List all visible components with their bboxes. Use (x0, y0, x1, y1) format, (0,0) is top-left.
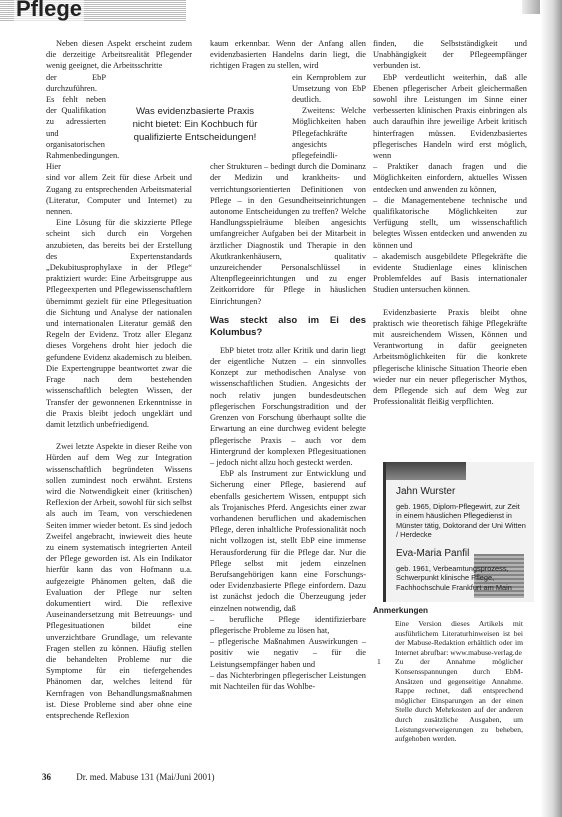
paragraph: Zweitens: Welche Möglichkeiten haben Pfl… (292, 105, 366, 161)
author-bio: geb. 1965, Diplom-Pflegewirt, zur Zeit i… (396, 502, 526, 540)
page-number: 36 (42, 772, 74, 782)
section-title: Pflege (14, 0, 84, 22)
paragraph: Eine Lösung für die skizzierte Pflege sc… (46, 217, 192, 430)
notes-title: Anmerkungen (373, 606, 523, 615)
list-item: – Praktiker danach fragen und die Möglic… (373, 161, 527, 195)
list-item: – berufliche Pflege identifizierbare pfl… (210, 614, 366, 636)
paragraph: EbP bietet trotz aller Kritik und darin … (210, 345, 366, 468)
paragraph: Neben diesen Aspekt erscheint zudem die … (46, 38, 192, 72)
note-number: 1 (377, 657, 381, 667)
paragraph: EbP als Instrument zur Entwicklung und S… (210, 468, 366, 614)
author-bio: geb. 1961, Verbeamtungsprozess, Schwerpu… (396, 564, 526, 592)
paragraph: cher Strukturen – bedingt durch die Domi… (210, 161, 366, 307)
notes-section: Anmerkungen Eine Version dieses Artikels… (373, 606, 523, 744)
note-text: Eine Version dieses Artikels mit ausführ… (395, 619, 523, 657)
note-item: Eine Version dieses Artikels mit ausführ… (373, 619, 523, 657)
paragraph: der EbP durchzuführen. Es fehlt neben de… (46, 72, 106, 173)
list-item: – pflegerische Maßnahmen Auswirkungen – … (210, 636, 366, 670)
page-footer: 36 Dr. med. Mabuse 131 (Mai/Juni 2001) (42, 772, 214, 782)
paragraph: EbP verdeutlicht weiterhin, daß alle Ebe… (373, 72, 527, 162)
note-item: 1 Zu der Annahme möglicher Konsensspannu… (373, 657, 523, 743)
paragraph: kaum erkennbar. Wenn der Anfang allen ev… (210, 38, 366, 72)
paragraph: finden, die Selbstständigkeit und Unabhä… (373, 38, 527, 72)
list-item: – das Nichterbringen pflegerischer Leist… (210, 670, 366, 692)
author-name: Eva-Maria Panfil (396, 548, 469, 559)
float-text-block: ein Kernproblem zur Umsetzung von EbP de… (292, 72, 366, 162)
column-3: finden, die Selbstständigkeit und Unabhä… (373, 38, 527, 408)
list-item: – akademisch ausgebildete Pflegekräfte d… (373, 251, 527, 296)
column-2: kaum erkennbar. Wenn der Anfang allen ev… (210, 38, 366, 692)
author-box: Jahn Wurster geb. 1965, Diplom-Pflegewir… (383, 462, 534, 602)
paragraph: Zwei letzte Aspekte in dieser Reihe von … (46, 441, 192, 721)
publication-info: Dr. med. Mabuse 131 (Mai/Juni 2001) (76, 772, 214, 782)
page-edge-shadow (540, 0, 562, 817)
note-text: Zu der Annahme möglicher Konsensspannung… (395, 657, 523, 743)
paragraph: ein Kernproblem zur Umsetzung von EbP de… (292, 72, 366, 106)
author-photo (386, 462, 466, 480)
author-name: Jahn Wurster (396, 486, 455, 497)
narrow-text-block: der EbP durchzuführen. Es fehlt neben de… (46, 72, 106, 173)
subheading: Was steckt also im Ei des Kolumbus? (210, 315, 366, 339)
list-item: – die Managementebene technische und qua… (373, 195, 527, 251)
paragraph: Evidenzbasierte Praxis bleibt ohne prakt… (373, 307, 527, 408)
paragraph: sind vor allem Zeit für diese Arbeit und… (46, 172, 192, 217)
